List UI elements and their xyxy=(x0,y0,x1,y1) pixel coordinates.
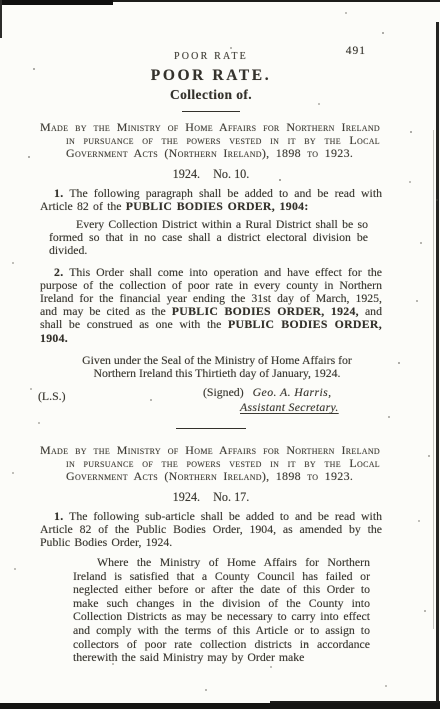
order2-inserted-sub-article: Where the Ministry of Home Affairs for N… xyxy=(73,556,370,665)
order1-number: 1924.No. 10. xyxy=(40,168,382,181)
order1-article-2-cited-order-1924: PUBLIC BODIES ORDER, 1924, xyxy=(172,304,359,318)
signatory-name: Geo. A. Harris, xyxy=(253,385,332,399)
order2-number-no: No. 17. xyxy=(213,490,249,504)
between-orders-rule xyxy=(176,428,246,429)
document-subtitle: Collection of. xyxy=(40,88,382,102)
signatory-title: Assistant Secretary. xyxy=(240,400,339,414)
order1-signature-row: (L.S.) (Signed)Geo. A. Harris, Assistant… xyxy=(40,385,382,421)
order1-inserted-paragraph: Every Collection District within a Rural… xyxy=(49,218,368,257)
order2-preamble: Made by the Ministry of Home Affairs for… xyxy=(40,444,380,484)
page-content: POOR RATE 491 POOR RATE. Collection of. … xyxy=(0,0,440,709)
order2-number-year: 1924. xyxy=(173,490,200,504)
seal-mark: (L.S.) xyxy=(38,389,66,404)
order2-article-1: 1. The following sub-article shall be ad… xyxy=(40,510,382,549)
order1-article-1: 1. The following paragraph shall be adde… xyxy=(40,187,382,213)
order1-attestation: Given under the Seal of the Ministry of … xyxy=(74,354,360,380)
running-header: POOR RATE 491 xyxy=(40,46,382,64)
order-1924-no-10: Made by the Ministry of Home Affairs for… xyxy=(40,121,382,421)
running-header-title: POOR RATE xyxy=(174,51,248,62)
order1-article-2: 2. This Order shall come into operation … xyxy=(40,266,382,345)
order2-article-1-text: The following sub-article shall be added… xyxy=(40,509,382,549)
order1-signature-block: (Signed)Geo. A. Harris, Assistant Secret… xyxy=(203,385,339,414)
page-number: 491 xyxy=(346,45,366,57)
order2-number: 1924.No. 17. xyxy=(40,491,382,504)
order1-number-no: No. 10. xyxy=(213,167,249,181)
scanned-document-page: POOR RATE 491 POOR RATE. Collection of. … xyxy=(0,0,440,709)
order1-signed-line: (Signed)Geo. A. Harris, xyxy=(203,385,339,399)
order1-preamble: Made by the Ministry of Home Affairs for… xyxy=(40,121,380,161)
document-title: POOR RATE. xyxy=(40,68,382,84)
signed-label: (Signed) xyxy=(203,385,244,399)
order1-number-year: 1924. xyxy=(173,167,200,181)
order1-article-1-cited-order: PUBLIC BODIES ORDER, 1904: xyxy=(126,199,309,213)
section-divider-rule xyxy=(182,111,240,112)
order-1924-no-17: Made by the Ministry of Home Affairs for… xyxy=(40,444,382,665)
